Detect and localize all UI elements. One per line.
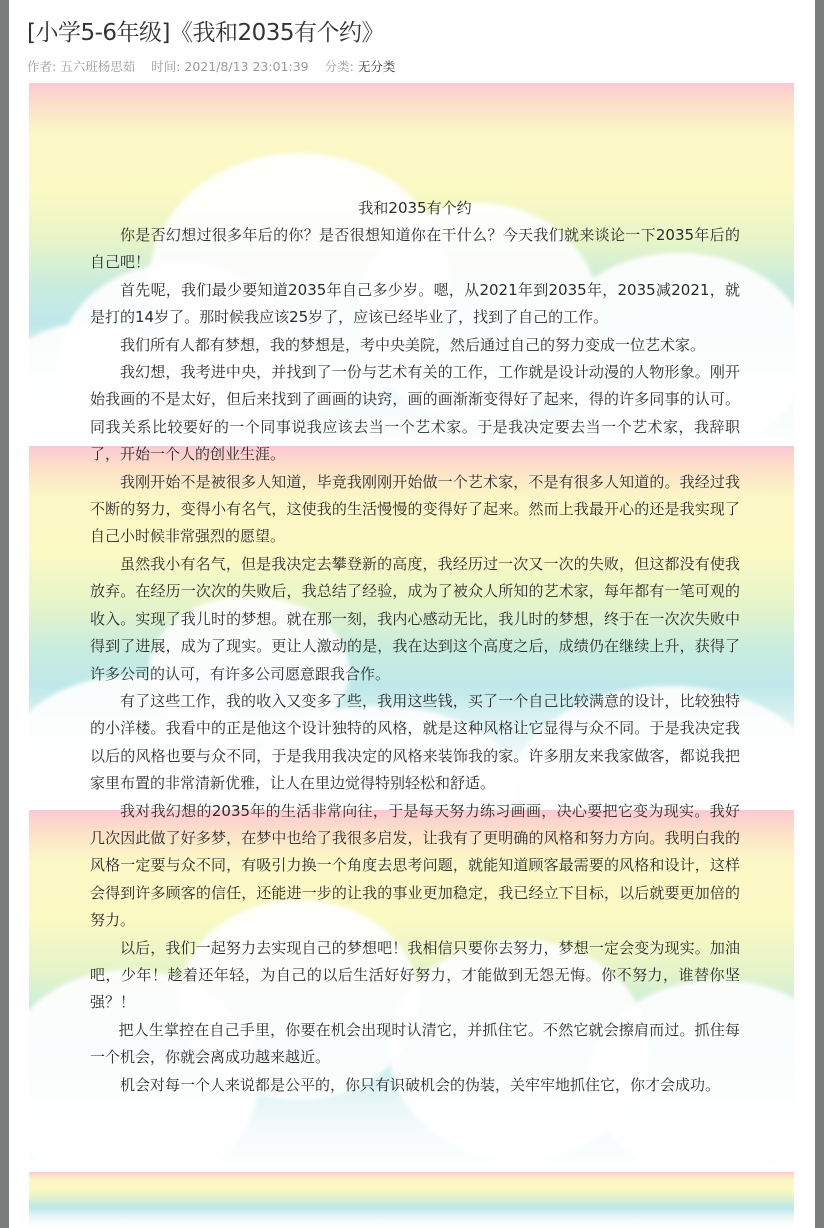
article-card: [小学5-6年级]《我和2035有个约》 作者: 五六班杨思茹 时间: 2021… — [9, 0, 815, 1228]
page-title: [小学5-6年级]《我和2035有个约》 — [27, 14, 384, 47]
author-name: 五六班杨思茹 — [60, 59, 135, 74]
time-label: 时间: — [151, 59, 180, 74]
paragraph: 我刚开始不是被很多人知道，毕竟我刚刚开始做一个艺术家，不是有很多人知道的。我经过… — [90, 469, 740, 551]
paragraph: 我们所有人都有梦想，我的梦想是，考中央美院，然后通过自己的努力变成一位艺术家。 — [90, 332, 740, 359]
paragraph: 你是否幻想过很多年后的你？是否很想知道你在干什么？今天我们就来谈论一下2035年… — [90, 222, 740, 277]
paragraph: 我幻想，我考进中央，并找到了一份与艺术有关的工作，工作就是设计动漫的人物形象。刚… — [90, 359, 740, 469]
paragraph: 以后，我们一起努力去实现自己的梦想吧！我相信只要你去努力，梦想一定会变为现实。加… — [90, 935, 740, 1017]
paragraph: 我对我幻想的2035年的生活非常向往，于是每天努力练习画画，决心要把它变为现实。… — [90, 798, 740, 935]
paragraph: 虽然我小有名气，但是我决定去攀登新的高度，我经历过一次又一次的失败，但这都没有使… — [90, 551, 740, 688]
rainbow-cloud-background — [29, 1172, 794, 1228]
paragraph: 有了这些工作，我的收入又变多了些，我用这些钱，买了一个自己比较满意的设计，比较独… — [90, 688, 740, 798]
category-link[interactable]: 无分类 — [358, 59, 396, 74]
article-meta: 作者: 五六班杨思茹 时间: 2021/8/13 23:01:39 分类: 无分… — [27, 57, 395, 75]
paragraph: 首先呢，我们最少要知道2035年自己多少岁。嗯，从2021年到2035年，203… — [90, 277, 740, 332]
paragraph: 把人生掌控在自己手里，你要在机会出现时认清它，并抓住它。不然它就会擦肩而过。抓住… — [90, 1017, 740, 1072]
post-time: 2021/8/13 23:01:39 — [184, 59, 308, 74]
article-heading: 我和2035有个约 — [90, 196, 740, 222]
article-body: 我和2035有个约 你是否幻想过很多年后的你？是否很想知道你在干什么？今天我们就… — [90, 196, 740, 1099]
paragraph: 机会对每一个人来说都是公平的，你只有识破机会的伪装，关牢牢地抓住它，你才会成功。 — [90, 1072, 740, 1099]
author-label: 作者: — [27, 59, 56, 74]
category-label: 分类: — [325, 59, 354, 74]
